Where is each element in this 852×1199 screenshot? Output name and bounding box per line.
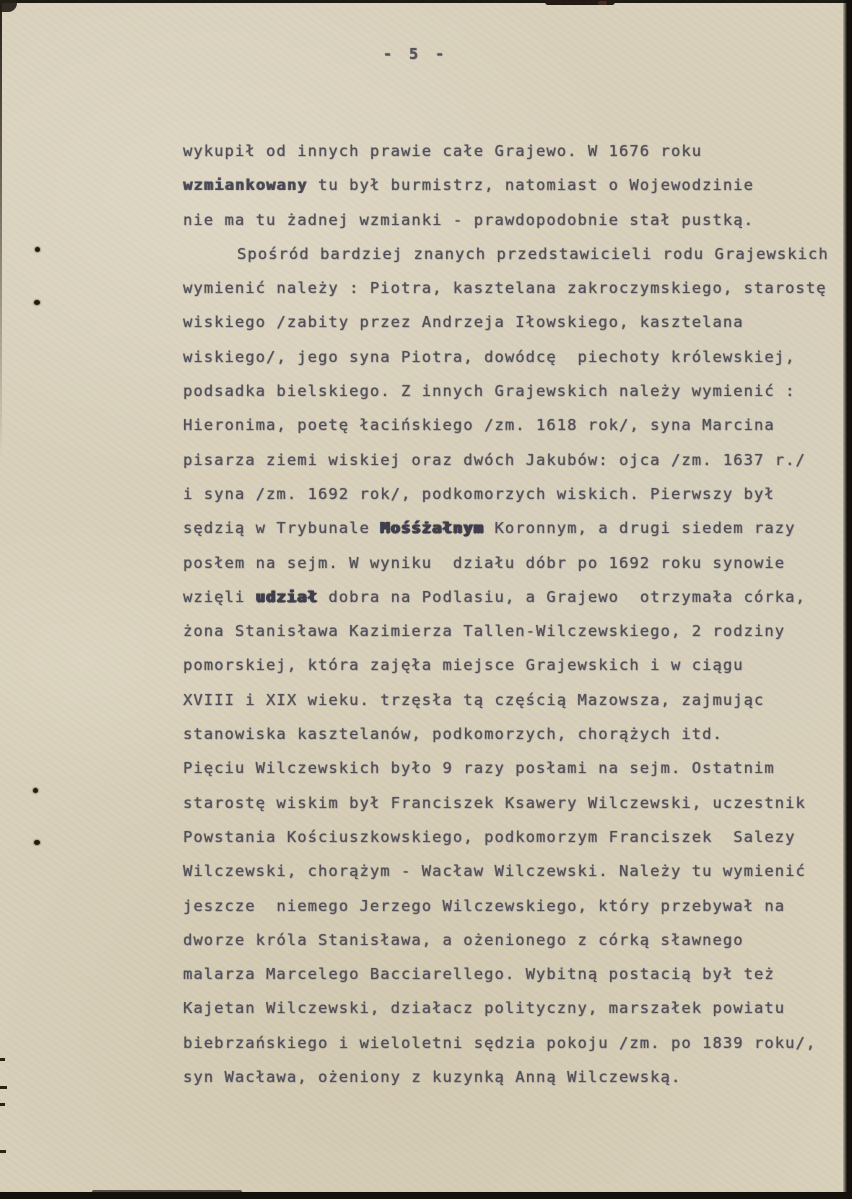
text-segment: sędzią w Trybunale xyxy=(183,519,380,537)
text-line: stanowiska kasztelanów, podkomorzych, ch… xyxy=(183,717,843,751)
text-segment: pomorskiej, która zajęła miejsce Grajews… xyxy=(183,656,744,674)
text-line: i syna /zm. 1692 rok/, podkomorzych wisk… xyxy=(183,477,843,511)
text-line: żona Stanisława Kazimierza Tallen-Wilcze… xyxy=(183,614,843,648)
text-line: wiskiego /zabity przez Andrzeja Iłowskie… xyxy=(183,305,843,339)
text-line: jeszcze niemego Jerzego Wilczewskiego, k… xyxy=(183,889,843,923)
scan-edge-bottom xyxy=(0,1192,852,1199)
text-line: starostę wiskim był Franciszek Ksawery W… xyxy=(183,786,843,820)
text-line: wiskiego/, jego syna Piotra, dowódcę pie… xyxy=(183,340,843,374)
typewritten-text-block: wykupił od innych prawie całe Grajewo. W… xyxy=(183,134,843,1094)
text-segment: wzięli xyxy=(183,588,256,606)
text-line: podsadka bielskiego. Z innych Grajewskic… xyxy=(183,374,843,408)
text-line: malarza Marcelego Bacciarellego. Wybitną… xyxy=(183,957,843,991)
text-line: wymienić należy : Piotra, kasztelana zak… xyxy=(183,271,843,305)
text-segment: wiskiego/, jego syna Piotra, dowódcę pie… xyxy=(183,348,796,366)
text-line: nie ma tu żadnej wzmianki - prawdopodobn… xyxy=(183,203,843,237)
edge-tick xyxy=(0,1103,5,1106)
text-segment: Spośród bardziej znanych przedstawicieli… xyxy=(237,245,829,263)
text-line: Hieronima, poetę łacińskiego /zm. 1618 r… xyxy=(183,408,843,442)
text-segment: dobra na Podlasiu, a Grajewo otrzymała c… xyxy=(318,588,806,606)
text-segment: pisarza ziemi wiskiej oraz dwóch Jakubów… xyxy=(183,451,806,469)
overtyped-text: udział xyxy=(256,588,318,606)
text-line: Powstania Kościuszkowskiego, podkomorzym… xyxy=(183,820,843,854)
edge-tick xyxy=(0,1058,5,1061)
text-segment: stanowiska kasztelanów, podkomorzych, ch… xyxy=(183,725,723,743)
edge-tick xyxy=(0,1086,7,1089)
text-segment: Wilczewski, chorążym - Wacław Wilczewski… xyxy=(183,862,806,880)
text-segment: Hieronima, poetę łacińskiego /zm. 1618 r… xyxy=(183,416,775,434)
text-line: wzięli udział dobra na Podlasiu, a Graje… xyxy=(183,580,843,614)
text-segment: posłem na sejm. W wyniku działu dóbr po … xyxy=(183,554,785,572)
text-segment: XVIII i XIX wieku. trzęsła tą częścią Ma… xyxy=(183,691,764,709)
ink-dot xyxy=(34,840,40,845)
scan-edge-top xyxy=(0,0,852,3)
text-line: pisarza ziemi wiskiej oraz dwóch Jakubów… xyxy=(183,443,843,477)
text-segment: podsadka bielskiego. Z innych Grajewskic… xyxy=(183,382,796,400)
text-line: biebrzańskiego i wieloletni sędzia pokoj… xyxy=(183,1026,843,1060)
text-line: wzmiankowany tu był burmistrz, natomiast… xyxy=(183,168,843,202)
ink-dot xyxy=(35,247,40,252)
overtyped-text: Mośśżałnym xyxy=(380,519,484,537)
text-segment: malarza Marcelego Bacciarellego. Wybitną… xyxy=(183,965,775,983)
text-line: Pięciu Wilczewskich było 9 razy posłami … xyxy=(183,751,843,785)
text-segment: żona Stanisława Kazimierza Tallen-Wilcze… xyxy=(183,622,785,640)
text-line: syn Wacława, ożeniony z kuzynką Anną Wil… xyxy=(183,1060,843,1094)
text-segment: jeszcze niemego Jerzego Wilczewskiego, k… xyxy=(183,897,785,915)
text-line: Kajetan Wilczewski, działacz polityczny,… xyxy=(183,991,843,1025)
text-segment: syn Wacława, ożeniony z kuzynką Anną Wil… xyxy=(183,1068,681,1086)
text-segment: nie ma tu żadnej wzmianki - prawdopodobn… xyxy=(183,211,754,229)
text-segment: wymienić należy : Piotra, kasztelana zak… xyxy=(183,279,827,297)
text-segment: Powstania Kościuszkowskiego, podkomorzym… xyxy=(183,828,796,846)
text-line: wykupił od innych prawie całe Grajewo. W… xyxy=(183,134,843,168)
page-number: - 5 - xyxy=(383,45,448,63)
edge-tick xyxy=(0,1150,6,1153)
scan-edge-left xyxy=(0,0,2,460)
text-segment: wykupił od innych prawie całe Grajewo. W… xyxy=(183,142,702,160)
text-segment: Pięciu Wilczewskich było 9 razy posłami … xyxy=(183,759,775,777)
ink-dot xyxy=(34,300,40,305)
scan-edge-right xyxy=(843,0,852,1199)
text-line: sędzią w Trybunale Mośśżałnym Koronnym, … xyxy=(183,511,843,545)
text-line: XVIII i XIX wieku. trzęsła tą częścią Ma… xyxy=(183,683,843,717)
text-line: Wilczewski, chorążym - Wacław Wilczewski… xyxy=(183,854,843,888)
overtyped-text: wzmiankowany xyxy=(183,176,308,194)
text-segment: tu był burmistrz, natomiast o Wojewodzin… xyxy=(308,176,754,194)
text-segment: i syna /zm. 1692 rok/, podkomorzych wisk… xyxy=(183,485,775,503)
text-segment: biebrzańskiego i wieloletni sędzia pokoj… xyxy=(183,1034,816,1052)
ink-dot xyxy=(33,788,38,793)
scan-edge-fleck xyxy=(598,1,607,5)
text-line: Spośród bardziej znanych przedstawicieli… xyxy=(183,237,843,271)
text-segment: Kajetan Wilczewski, działacz polityczny,… xyxy=(183,999,785,1017)
scan-corner-artifact xyxy=(0,0,17,12)
scan-edge-bottom-artifact xyxy=(92,1190,242,1193)
text-segment: starostę wiskim był Franciszek Ksawery W… xyxy=(183,794,806,812)
text-segment: Koronnym, a drugi siedem razy xyxy=(484,519,795,537)
text-line: pomorskiej, która zajęła miejsce Grajews… xyxy=(183,648,843,682)
text-segment: dworze króla Stanisława, a ożenionego z … xyxy=(183,931,744,949)
text-line: posłem na sejm. W wyniku działu dóbr po … xyxy=(183,546,843,580)
text-line: dworze króla Stanisława, a ożenionego z … xyxy=(183,923,843,957)
text-segment: wiskiego /zabity przez Andrzeja Iłowskie… xyxy=(183,313,744,331)
